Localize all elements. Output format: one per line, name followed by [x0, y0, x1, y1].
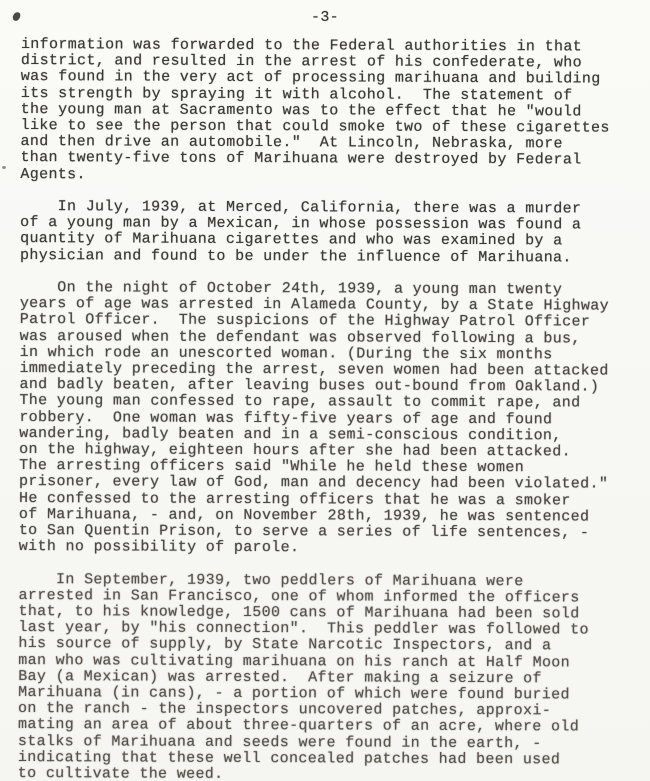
paragraph: information was forwarded to the Federal… [20, 37, 642, 186]
paragraph: In July, 1939, at Merced, California, th… [20, 199, 641, 267]
paragraph: On the night of October 24th, 1939, a yo… [19, 280, 641, 558]
document-body: information was forwarded to the Federal… [18, 37, 642, 781]
text-line: physician and found to be under the infl… [20, 248, 641, 267]
text-line: Agents. [20, 167, 641, 186]
page-number: -3- [0, 9, 650, 26]
paragraph: In September, 1939, two peddlers of Mari… [18, 572, 640, 781]
ink-speck [2, 166, 6, 169]
document-page: -3- information was forwarded to the Fed… [0, 0, 650, 781]
text-line: with no possibility of parole. [19, 539, 640, 558]
text-line: than twenty-five tons of Marihuana were … [20, 150, 641, 169]
